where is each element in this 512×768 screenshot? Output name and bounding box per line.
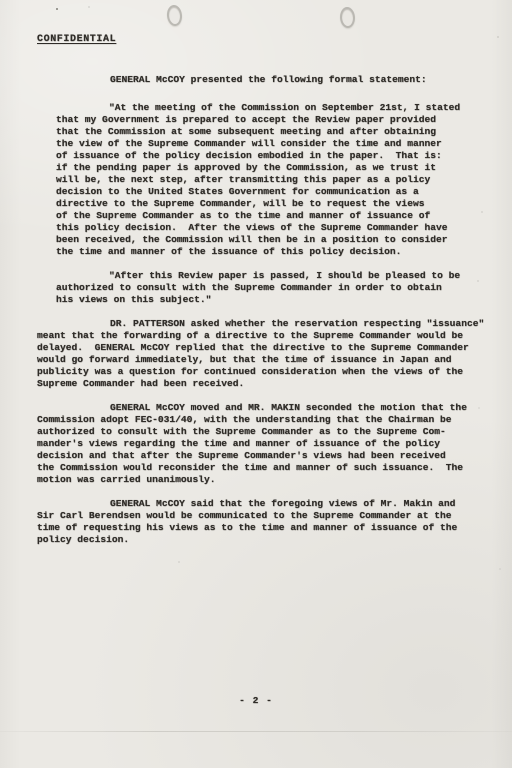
text-line: GENERAL McCOY said that the foregoing vi…	[37, 498, 497, 510]
text-line: that my Government is prepared to accept…	[56, 114, 497, 126]
text-line: policy decision.	[37, 534, 497, 546]
text-line: Supreme Commander had been received.	[37, 378, 497, 390]
text-line: Commission adopt FEC-031/40, with the un…	[37, 414, 497, 426]
text-line: of the Supreme Commander as to the time …	[56, 210, 497, 222]
text-line: DR. PATTERSON asked whether the reservat…	[37, 318, 497, 330]
text-line: of issuance of the policy decision embod…	[56, 150, 497, 162]
paper-crease-line	[0, 731, 512, 732]
paragraph: "At the meeting of the Commission on Sep…	[56, 102, 497, 258]
text-line: will be, the next step, after transmitti…	[56, 174, 497, 186]
paragraph: GENERAL McCOY said that the foregoing vi…	[37, 498, 497, 546]
text-line: directive to the Supreme Commander, will…	[56, 198, 497, 210]
paragraph: GENERAL McCOY presented the following fo…	[37, 74, 497, 86]
punch-hole-icon	[166, 4, 183, 26]
text-line: GENERAL McCOY moved and MR. MAKIN second…	[37, 402, 497, 414]
text-line: the time and manner of the issuance of t…	[56, 246, 497, 258]
text-line: "After this Review paper is passed, I sh…	[56, 270, 497, 282]
text-line: the view of the Supreme Commander will c…	[56, 138, 497, 150]
text-line: been received, the Commission will then …	[56, 234, 497, 246]
text-line: mander's views regarding the time and ma…	[37, 438, 497, 450]
classification-stamp: CONFIDENTIAL	[37, 34, 116, 45]
paragraph: GENERAL McCOY moved and MR. MAKIN second…	[37, 402, 497, 486]
text-line: that the Commission at some subsequent m…	[56, 126, 497, 138]
text-line: if the pending paper is approved by the …	[56, 162, 497, 174]
text-line: this policy decision. After the views of…	[56, 222, 497, 234]
punch-hole-icon	[339, 7, 355, 29]
text-line: time of requesting his views as to the t…	[37, 522, 497, 534]
text-line: authorized to consult with the Supreme C…	[37, 426, 497, 438]
page-number: - 2 -	[0, 695, 512, 706]
scan-speck-marks	[0, 0, 2, 2]
text-line: decision to the United States Government…	[56, 186, 497, 198]
text-line: his views on this subject."	[56, 294, 497, 306]
text-line: would go forward immediately, but that t…	[37, 354, 497, 366]
text-line: publicity was a question for continued c…	[37, 366, 497, 378]
text-line: GENERAL McCOY presented the following fo…	[37, 74, 497, 86]
text-line: Sir Carl Berendsen would be communicated…	[37, 510, 497, 522]
text-line: "At the meeting of the Commission on Sep…	[56, 102, 497, 114]
text-line: delayed. GENERAL McCOY replied that the …	[37, 342, 497, 354]
text-line: meant that the forwarding of a directive…	[37, 330, 497, 342]
paragraph: "After this Review paper is passed, I sh…	[56, 270, 497, 306]
scanned-document-page: CONFIDENTIAL GENERAL McCOY presented the…	[0, 0, 512, 768]
text-line: motion was carried unanimously.	[37, 474, 497, 486]
text-line: the Commission would reconsider the time…	[37, 462, 497, 474]
text-line: decision and that after the Supreme Comm…	[37, 450, 497, 462]
paragraph: DR. PATTERSON asked whether the reservat…	[37, 318, 497, 390]
document-body: GENERAL McCOY presented the following fo…	[37, 74, 497, 558]
text-line: authorized to consult with the Supreme C…	[56, 282, 497, 294]
